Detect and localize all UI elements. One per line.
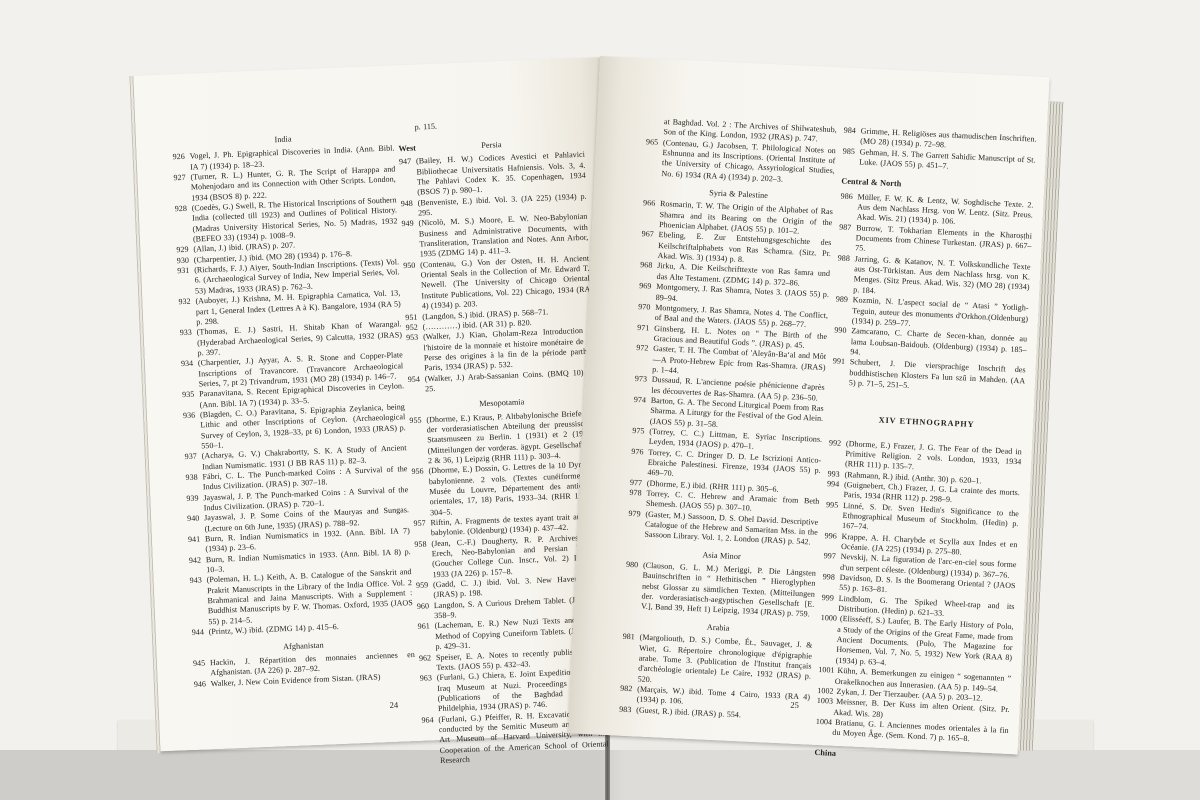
entry-number: 990 (834, 326, 848, 337)
page-number: 25 (779, 699, 809, 710)
entry-number: 982 (620, 684, 634, 695)
entry-number: 997 (823, 551, 837, 562)
entry-number: 930 (177, 255, 191, 266)
bibliography-entry: 1000(Elisséeff, S.) Laufer, B. The Early… (819, 613, 1014, 674)
entry-number: 977 (630, 478, 644, 489)
entry-number: 937 (185, 452, 199, 463)
entry-number: 968 (640, 261, 654, 272)
entry-number: 985 (843, 146, 857, 157)
entry-number: 935 (182, 390, 196, 401)
entry-number: 988 (837, 253, 851, 264)
entry-text: (Elisséeff, S.) Laufer, B. The Early His… (836, 614, 1014, 667)
entry-number: 993 (827, 469, 841, 480)
entry-number: 983 (619, 704, 633, 715)
entry-number: 981 (622, 632, 636, 643)
book-page-right: at Baghdad. Vol. 2 : The Archives of Shi… (568, 56, 1049, 754)
entry-text: (Dhorme, E.) Frazer, J. G. The Fear of t… (845, 439, 1022, 472)
entry-number: 969 (639, 281, 653, 292)
entry-number: 934 (181, 359, 195, 370)
entry-number: 967 (641, 230, 655, 241)
entry-number: 955 (409, 415, 423, 426)
entry-number: 998 (822, 572, 836, 583)
entry-number: 995 (826, 500, 840, 511)
entry-number: 986 (840, 191, 854, 202)
entry-number: 943 (190, 576, 204, 587)
entry-number: 980 (626, 560, 640, 571)
page-number: 24 (379, 699, 409, 710)
entry-number: 974 (634, 395, 648, 406)
entry-number: 932 (178, 297, 192, 308)
entry-number: 984 (844, 126, 858, 137)
entry-text: (Dhorme, E.) Dossin, G. Lettres de la 10… (428, 460, 598, 517)
book-page-left: India926Vogel, J. Ph. Epigraphical Disco… (133, 57, 629, 751)
entry-text: (Contenau, G.) Jacobsen, T. Philological… (661, 138, 836, 184)
bibliography-entry: 955(Dhorme, E.) Kraus, P. Altbabylonisch… (409, 408, 597, 467)
entry-number: 1003 (817, 696, 834, 707)
entry-number: 957 (413, 518, 427, 529)
bibliography-entry: 981(Margoliouth, D. S.) Combe, Ét., Sauv… (620, 632, 812, 693)
entry-text: (Blagden, C. O.) Paravitana, S. Epigraph… (200, 402, 406, 450)
entry-text: (Walker, J.) Kian, Gholam-Reza Introduct… (423, 326, 593, 373)
entry-text: (Margoliouth, D. S.) Combe, Ét., Sauvage… (638, 633, 813, 684)
entry-number: 989 (836, 295, 850, 306)
entry-number: 951 (405, 312, 419, 323)
entry-text: Grimme, H. Religiöses aus thamudischen I… (860, 126, 1037, 149)
entry-number: 962 (419, 653, 433, 664)
entry-number: 963 (420, 673, 434, 684)
bibliography-entry: 943(Poleman, H. L.) Keith, A. B. Catalog… (190, 568, 414, 629)
entry-text: (Dhorme, E.) Kraus, P. Altbabylonische B… (426, 408, 596, 465)
entry-number: 975 (632, 426, 646, 437)
entry-number: 959 (416, 580, 430, 591)
entry-number: 952 (406, 322, 420, 333)
entry-number: 992 (829, 438, 843, 449)
entry-number: 987 (839, 222, 853, 233)
bibliography-entry: 965(Contenau, G.) Jacobsen, T. Philologi… (644, 137, 836, 187)
left-page-column-1: India926Vogel, J. Ph. Epigraphical Disco… (172, 123, 416, 689)
entry-number: 1002 (817, 686, 834, 697)
entry-number: 994 (827, 479, 841, 490)
entry-number: 956 (411, 467, 425, 478)
entry-number: 971 (637, 323, 651, 334)
region-heading: West (398, 144, 416, 155)
entry-number: 958 (414, 539, 428, 550)
entry-number: 946 (194, 679, 208, 690)
entry-text: (Clauson, G. L. M.) Meriggi, P. Die Läng… (641, 561, 816, 619)
section-heading: XIV ETHNOGRAPHY (830, 414, 1023, 433)
entry-number: 949 (401, 219, 415, 230)
entry-number: 950 (403, 260, 417, 271)
entry-number: 954 (408, 374, 422, 385)
entry-number: 926 (172, 152, 186, 163)
entry-number: 961 (418, 622, 432, 633)
entry-number: 933 (180, 328, 194, 339)
entry-number: 1000 (820, 613, 837, 624)
entry-number: 978 (629, 488, 643, 499)
entry-number: 972 (636, 343, 650, 354)
right-page-column-1: at Baghdad. Vol. 2 : The Archives of Shi… (619, 116, 837, 723)
entry-number: 945 (193, 658, 207, 669)
entry-number: 965 (646, 137, 660, 148)
entry-number: 929 (176, 245, 190, 256)
entry-number: 939 (186, 493, 200, 504)
bibliography-entry: 950(Contenau, G.) Von der Osten, H. H. A… (403, 253, 591, 312)
bibliography-entry: 980(Clauson, G. L. M.) Meriggi, P. Die L… (624, 560, 816, 621)
entry-text: (Contenau, G.) Von der Osten, H. H. Anci… (420, 253, 590, 310)
entry-number: 940 (187, 514, 201, 525)
entry-number: 927 (173, 173, 187, 184)
entry-number: 928 (175, 204, 189, 215)
entry-number: 931 (177, 266, 191, 277)
entry-number: 964 (421, 715, 435, 726)
entry-number: 1004 (816, 717, 833, 728)
entry-number: 999 (821, 593, 835, 604)
entry-number: 966 (643, 199, 657, 210)
right-page-column-2: 984Grimme, H. Religiöses aus thamudische… (814, 126, 1037, 771)
entry-number: 996 (824, 531, 838, 542)
entry-number: 970 (638, 302, 652, 313)
entry-continuation: p. 115. (397, 116, 583, 134)
entry-text: Müller, F. W. K. & Lentz, W. Soghdische … (856, 192, 1033, 226)
entry-number: 979 (628, 509, 642, 520)
bibliography-entry: 956(Dhorme, E.) Dossin, G. Lettres de la… (411, 460, 599, 519)
entry-number: 947 (399, 157, 413, 168)
entry-number: 942 (189, 555, 203, 566)
entry-number: 936 (183, 410, 197, 421)
entry-number: 973 (635, 374, 649, 385)
entry-text: (Bailey, H. W.) Codices Avestici et Pahl… (416, 150, 586, 197)
entry-number: 944 (192, 628, 206, 639)
entry-text: (Nicolò, M. S.) Moore, E. W. Neo-Babylon… (418, 212, 588, 259)
entry-text: Rosmarin, T. W. The Origin of the Alphab… (659, 199, 833, 235)
entry-text: (Coedès, G.) Swell, R. The Historical In… (192, 195, 398, 243)
entry-number: 960 (417, 601, 431, 612)
entry-number: 953 (406, 333, 420, 344)
entry-number: 938 (185, 472, 199, 483)
entry-number: 976 (631, 447, 645, 458)
entry-number: 1001 (818, 665, 835, 676)
entry-number: 991 (833, 357, 847, 368)
entry-number: 941 (188, 535, 202, 546)
book-scan-scene: India926Vogel, J. Ph. Epigraphical Disco… (0, 0, 1200, 800)
entry-text: Jarring, G. & Katanov, N. T. Volkskundli… (853, 254, 1031, 295)
entry-text: (Poleman, H. L.) Keith, A. B. Catalogue … (206, 568, 412, 627)
entry-number: 948 (401, 198, 415, 209)
